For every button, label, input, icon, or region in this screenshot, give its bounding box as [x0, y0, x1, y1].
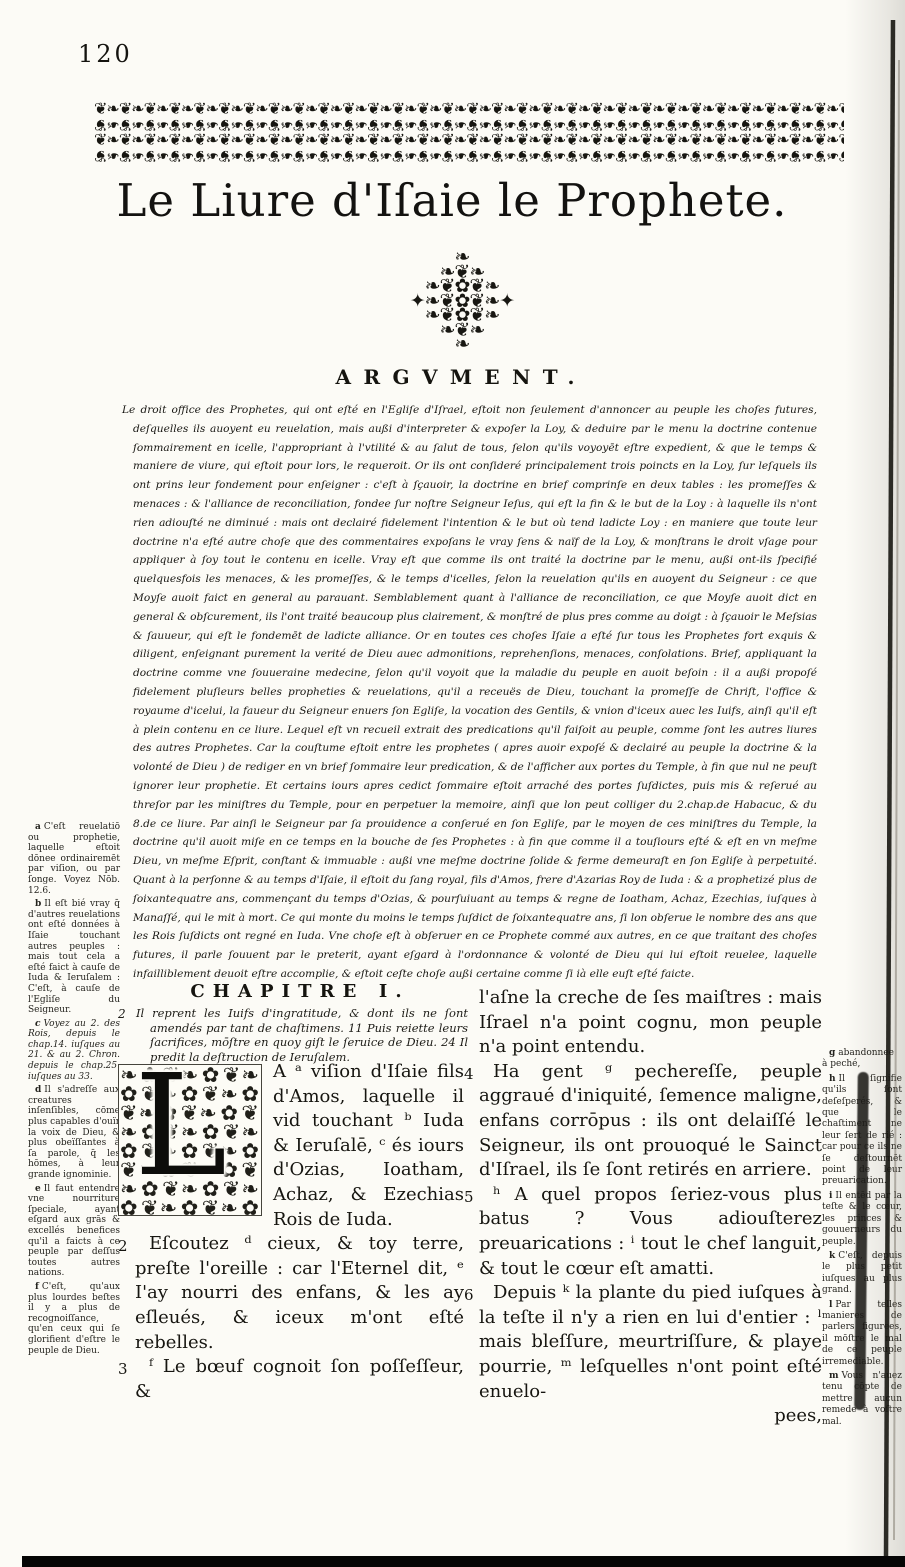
book-title: Le Liure d'Iſaie le Prophete.	[52, 174, 852, 227]
margin-note-a: aC'eſt reuelatiō ou prophetie, laquelle …	[28, 822, 120, 896]
argument-heading: ARGVMENT.	[100, 365, 810, 389]
note-letter: b	[35, 899, 44, 909]
verse-6: 6Depuis ᵏ la plante du pied iuſques à la…	[479, 1281, 822, 1404]
verse-5: 5ʰ A quel propos ſeriez-vous plus batus …	[479, 1183, 822, 1281]
scan-bottom-bar	[22, 1556, 905, 1567]
page-gutter-shading	[845, 0, 905, 1567]
summary-verse-marker: 2	[118, 1007, 126, 1022]
headband-ornament-row: ❦❧❦❧❦❧❦❧❦❧❦❧❦❧❦❧❦❧❦❧❦❧❦❧❦❧❦❧❦❧❦❧❦❧❦❧❦❧❦❧…	[94, 148, 844, 164]
verse-number: 4	[464, 1062, 474, 1087]
bible-column-left: ❧✿❦❧✿❦❧✿❦❧✿❦❧✿❦❧✿❦❧✿❦❧✿❦❧✿❦❧✿❦❧✿❦❧✿❦❧✿❦❧…	[118, 1060, 464, 1404]
note-letter: f	[35, 1282, 42, 1292]
note-text: C'eſt, qu'aux plus lourdes beſtes il y a…	[28, 1282, 120, 1356]
note-letter: a	[35, 822, 44, 832]
verse-5-text: ʰ A quel propos ſeriez-vous plus batus ?…	[479, 1184, 822, 1279]
argument-text: Le droit office des Prophetes, qui ont e…	[122, 401, 817, 984]
headband-ornament-row: ❦❧❦❧❦❧❦❧❦❧❦❧❦❧❦❧❦❧❦❧❦❧❦❧❦❧❦❧❦❧❦❧❦❧❦❧❦❧❦❧…	[94, 101, 844, 117]
diamond-ornament-row: ❧	[367, 337, 557, 352]
dropcap-letter: L	[134, 1064, 227, 1197]
diamond-ornament: ❧ ❧❦❧ ❧❦✿❦❧ ✦❧❦✿❦❧✦ ❧❦✿❦❧ ❧❦❧ ❧	[367, 250, 557, 352]
book-page: 120 ❦❧❦❧❦❧❦❧❦❧❦❧❦❧❦❧❦❧❦❧❦❧❦❧❦❧❦❧❦❧❦❧❦❧❦❧…	[0, 0, 905, 1567]
page-number: 120	[78, 40, 133, 68]
chapter-heading: CHAPITRE I.	[128, 981, 464, 1002]
dropcap-initial: ❧✿❦❧✿❦❧✿❦❧✿❦❧✿❦❧✿❦❧✿❦❧✿❦❧✿❦❧✿❦❧✿❦❧✿❦❧✿❦❧…	[118, 1064, 262, 1216]
note-text: C'eſt reuelatiō ou prophetie, laquelle e…	[28, 822, 120, 896]
note-letter: g	[829, 1048, 838, 1058]
verse-4: 4Ha gent ᵍ pechereſſe, peuple aggraué d'…	[479, 1060, 822, 1183]
verse-4-text: Ha gent ᵍ pechereſſe, peuple aggraué d'i…	[479, 1061, 822, 1180]
margin-note-e: eIl faut entendre vne nourriture ſpecial…	[28, 1184, 120, 1279]
verse-1-text: A ᵃ viſion d'Iſaie fils d'Amos, laquelle…	[273, 1061, 464, 1230]
margin-note-c: cVoyez au 2. des Rois, depuis le chap.14…	[28, 1019, 120, 1083]
verse-3-cont-text: l'aſne la creche de ſes maiſtres : mais …	[479, 987, 822, 1057]
catchword: pees,	[774, 1405, 822, 1426]
verse-3-continuation: l'aſne la creche de ſes maiſtres : mais …	[479, 986, 822, 1060]
note-letter: h	[829, 1074, 839, 1084]
bible-column-right: l'aſne la creche de ſes maiſtres : mais …	[479, 986, 822, 1429]
verse-1: ❧✿❦❧✿❦❧✿❦❧✿❦❧✿❦❧✿❦❧✿❦❧✿❦❧✿❦❧✿❦❧✿❦❧✿❦❧✿❦❧…	[118, 1060, 464, 1232]
note-text: Il eſt bié vray q̄ d'autres reuelations …	[28, 899, 120, 1015]
note-text: Il s'adreſſe aux creatures inſenſibles, …	[28, 1085, 120, 1180]
verse-3: 3ᶠ Le bœuf cognoit ſon poſſeſſeur, &	[118, 1355, 464, 1404]
chapter-summary: 2 Il reprent les Iuifs d'ingratitude, & …	[116, 1006, 468, 1064]
left-margin-notes: aC'eſt reuelatiō ou prophetie, laquelle …	[28, 822, 120, 1359]
verse-number: 3	[118, 1357, 128, 1382]
note-letter: k	[829, 1251, 838, 1261]
headband-ornament-row: ❦❧❦❧❦❧❦❧❦❧❦❧❦❧❦❧❦❧❦❧❦❧❦❧❦❧❦❧❦❧❦❧❦❧❦❧❦❧❦❧…	[94, 117, 844, 133]
verse-number: 6	[464, 1283, 474, 1308]
verse-3-text: ᶠ Le bœuf cognoit ſon poſſeſſeur, &	[135, 1356, 464, 1402]
note-letter: m	[829, 1371, 842, 1381]
headband-ornament: ❦❧❦❧❦❧❦❧❦❧❦❧❦❧❦❧❦❧❦❧❦❧❦❧❦❧❦❧❦❧❦❧❦❧❦❧❦❧❦❧…	[94, 101, 844, 164]
verse-2: 2Eſcoutez ᵈ cieux, & toy terre, preſte l…	[118, 1232, 464, 1355]
margin-note-d: dIl s'adreſſe aux creatures inſenſibles,…	[28, 1085, 120, 1180]
verse-number: 5	[464, 1185, 474, 1210]
margin-note-f: fC'eſt, qu'aux plus lourdes beſtes il y …	[28, 1282, 120, 1356]
margin-note-b: bIl eſt bié vray q̄ d'autres reuelations…	[28, 899, 120, 1016]
note-letter: e	[35, 1184, 44, 1194]
summary-text: Il reprent les Iuifs d'ingratitude, & do…	[116, 1006, 468, 1064]
verse-6-catchline: pees,	[479, 1404, 822, 1429]
verse-2-text: Eſcoutez ᵈ cieux, & toy terre, preſte l'…	[135, 1233, 464, 1352]
note-letter: d	[35, 1085, 44, 1095]
note-text: Il faut entendre vne nourriture ſpeciale…	[28, 1184, 120, 1279]
verse-number: 2	[118, 1234, 128, 1259]
verse-6-text: Depuis ᵏ la plante du pied iuſques à la …	[479, 1282, 822, 1401]
